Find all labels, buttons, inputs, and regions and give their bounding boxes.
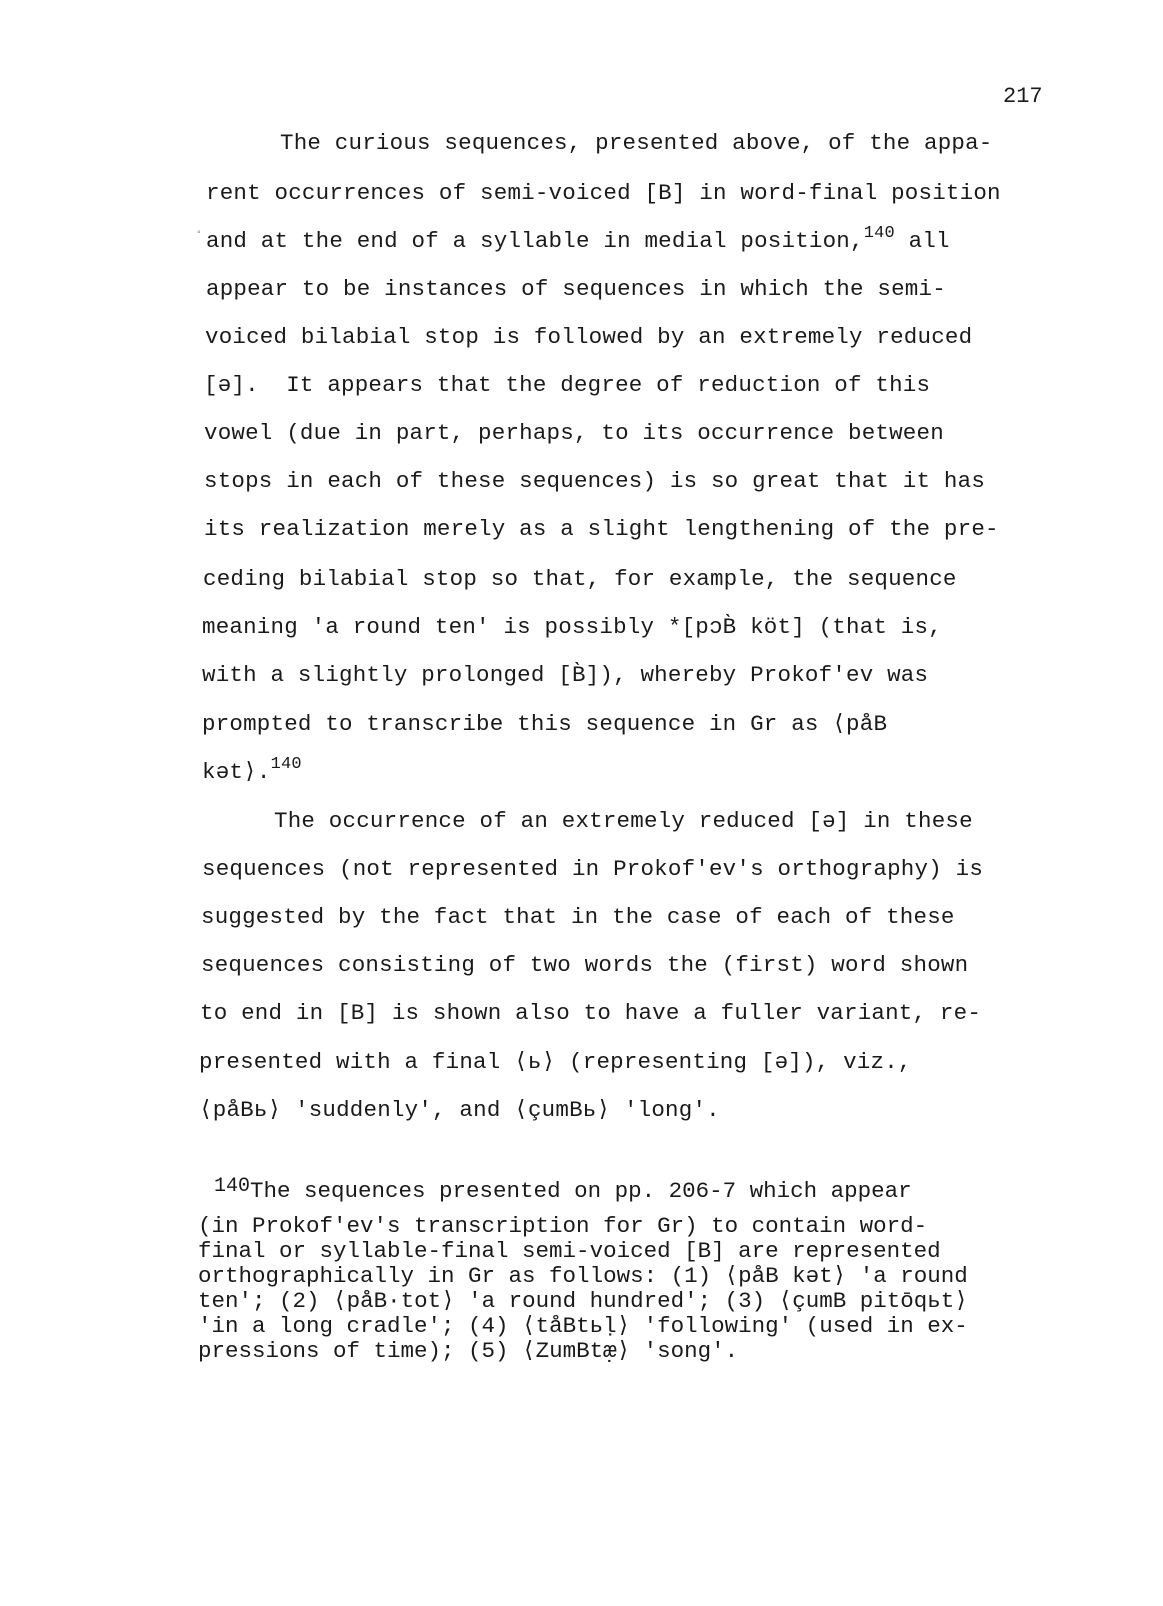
text-line: and at the end of a syllable in medial p… (206, 228, 950, 254)
footnote-ref[interactable]: 140 (271, 755, 302, 774)
text-line: prompted to transcribe this sequence in … (202, 710, 887, 737)
margin-mark: ◦ (196, 228, 202, 239)
footnote-line: pressions of time); (5) ⟨ZumBtæ̣⟩ 'song'… (198, 1340, 738, 1363)
text-line: with a slightly prolonged [B̀]), whereby… (202, 662, 928, 688)
text-segment: all (895, 228, 950, 254)
text-line: sequences (not represented in Prokof'ev'… (202, 856, 983, 882)
footnote-marker: 140 (214, 1175, 250, 1198)
footnote-line: 140The sequences presented on pp. 206-7 … (214, 1180, 912, 1203)
footnote-line: 'in a long cradle'; (4) ⟨tåBtьḷ⟩ 'follow… (198, 1315, 968, 1338)
footnote-line: ten'; (2) ⟨påB·tot⟩ 'a round hundred'; (… (198, 1290, 968, 1313)
text-line: to end in [B] is shown also to have a fu… (200, 1000, 981, 1026)
text-segment: The sequences presented on pp. 206-7 whi… (250, 1178, 912, 1204)
text-segment: and at the end of a syllable in medial p… (206, 228, 864, 254)
text-line: ⟨påBь⟩ 'suddenly', and ⟨çumBь⟩ 'long'. (199, 1096, 720, 1123)
text-line: rent occurrences of semi-voiced [B] in w… (206, 180, 1001, 206)
text-line: suggested by the fact that in the case o… (201, 904, 955, 930)
text-line: kət⟩.140 (202, 758, 302, 785)
page-number: 217 (1003, 84, 1043, 109)
text-line: appear to be instances of sequences in w… (206, 276, 946, 302)
text-line: ceding bilabial stop so that, for exampl… (203, 566, 957, 592)
text-line: presented with a final ⟨ь⟩ (representing… (199, 1048, 912, 1075)
footnote-line: final or syllable-final semi-voiced [B] … (198, 1240, 941, 1263)
text-line: meaning 'a round ten' is possibly *[pɔB̀… (202, 614, 942, 640)
text-line: stops in each of these sequences) is so … (204, 468, 985, 494)
footnote-line: (in Prokof'ev's transcription for Gr) to… (198, 1215, 927, 1238)
text-line: [ə]. It appears that the degree of reduc… (204, 372, 930, 398)
text-segment: kət⟩. (202, 759, 271, 785)
text-line: The occurrence of an extremely reduced [… (274, 808, 973, 834)
footnote-ref[interactable]: 140 (864, 224, 895, 243)
text-line: The curious sequences, presented above, … (280, 130, 993, 156)
text-line: its realization merely as a slight lengt… (204, 516, 999, 542)
footnote-line: orthographically in Gr as follows: (1) ⟨… (198, 1265, 968, 1288)
text-line: vowel (due in part, perhaps, to its occu… (204, 420, 944, 446)
text-line: sequences consisting of two words the (f… (201, 952, 968, 978)
text-line: voiced bilabial stop is followed by an e… (205, 324, 972, 350)
